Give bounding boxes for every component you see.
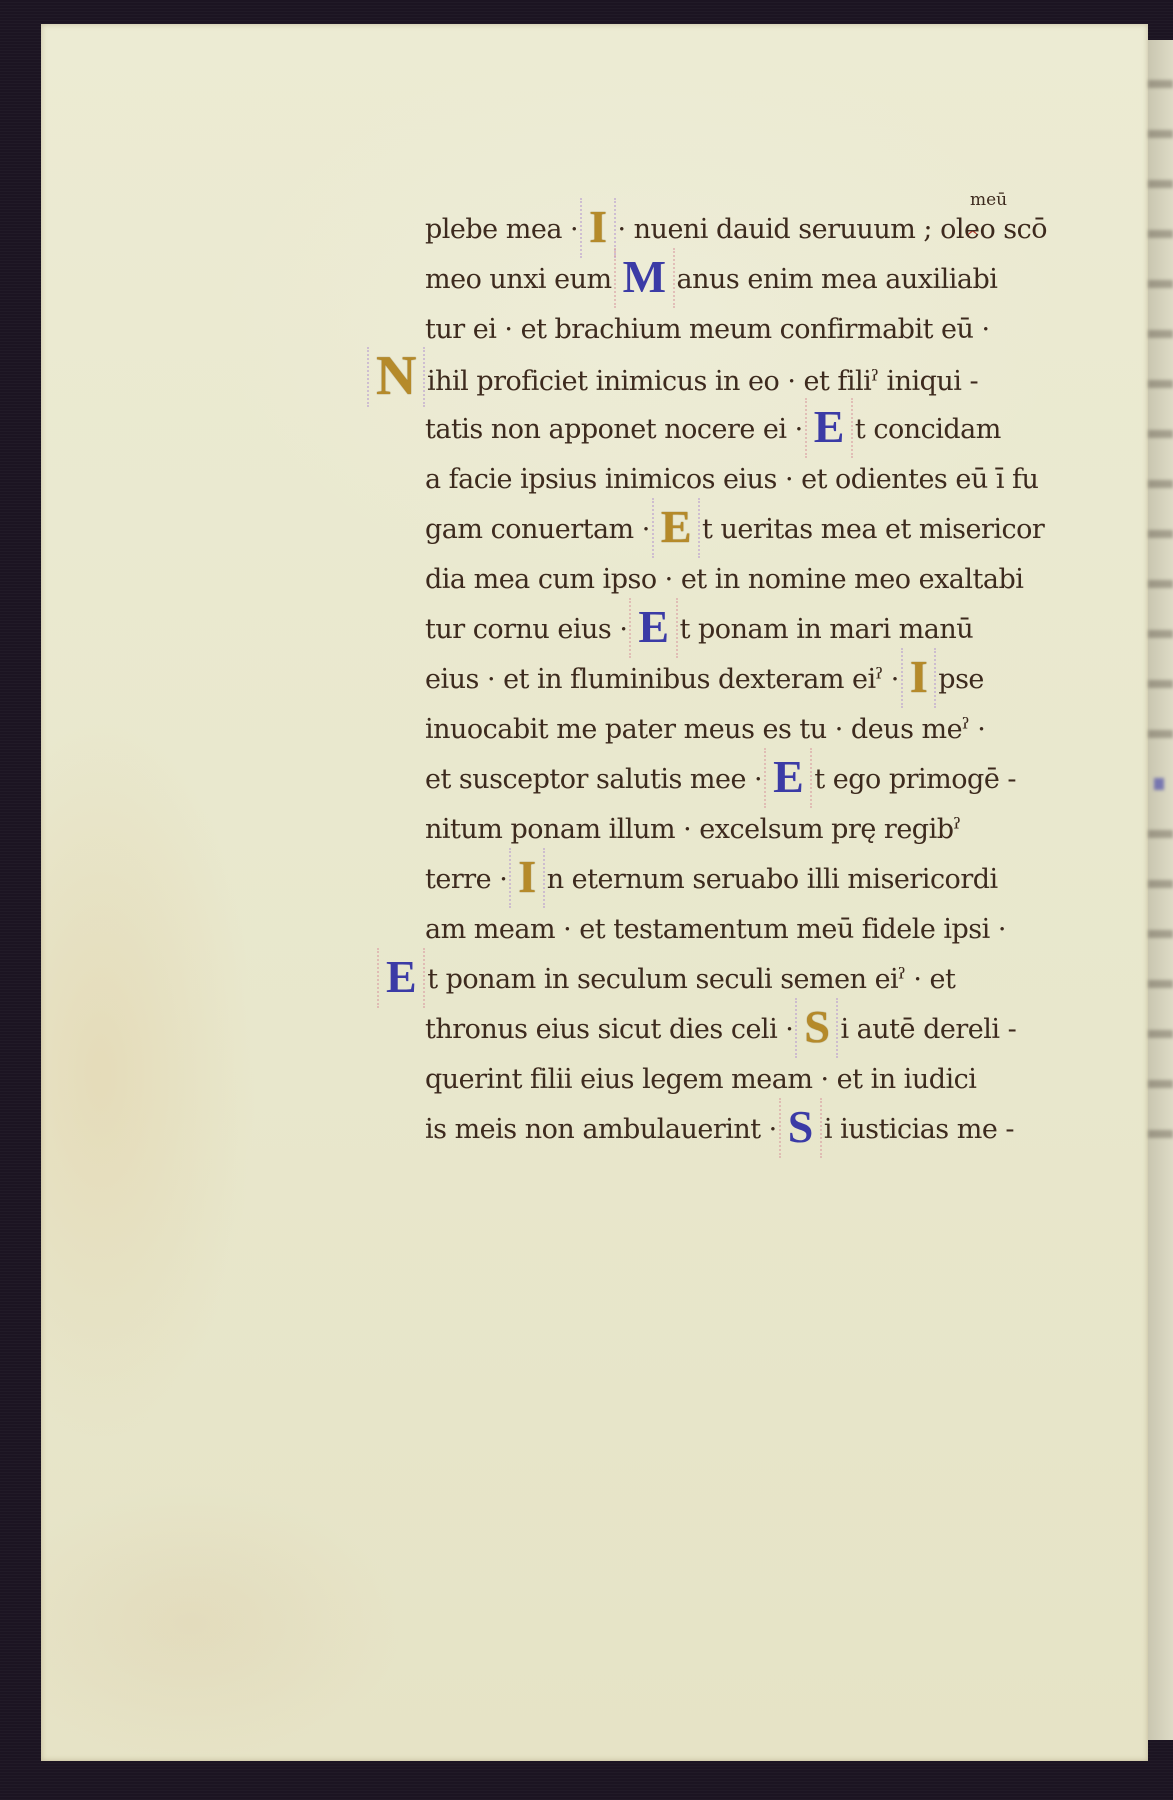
blue-initial-E: E — [379, 956, 423, 998]
gold-initial-N: N — [369, 355, 423, 397]
blue-initial-M: M — [616, 256, 673, 298]
text-line-1: plebe mea ·I· nueni dauid seruuum ; oleo… — [425, 205, 1047, 255]
text-line-4: Nihil proficiet inimicus in eo · et fili… — [365, 355, 978, 405]
text-line-3: tur ei · et brachium meum confirmabit eū… — [425, 305, 990, 355]
gold-initial-I: I — [511, 856, 542, 898]
blue-initial-E: E — [807, 406, 851, 448]
text-line-8: dia mea cum ipso · et in nomine meo exal… — [425, 555, 1023, 605]
gold-initial-E: E — [654, 506, 698, 548]
gold-initial-I: I — [903, 656, 934, 698]
text-line-7: gam conuertam ·Et ueritas mea et miseric… — [425, 505, 1044, 555]
text-line-12: et susceptor salutis mee ·Et ego primogē… — [425, 755, 1016, 805]
text-line-2: meo unxi eumManus enim mea auxiliabi — [425, 255, 997, 305]
gold-initial-S: S — [797, 1006, 836, 1048]
gold-initial-I: I — [582, 206, 613, 248]
blue-initial-S: S — [781, 1106, 820, 1148]
text-line-11: inuocabit me pater meus es tu · deus meˀ… — [425, 705, 985, 755]
text-line-17: thronus eius sicut dies celi ·Si autē de… — [425, 1005, 1016, 1055]
text-line-13: nitum ponam illum · excelsum prę regibˀ — [425, 805, 961, 855]
blue-initial-E: E — [766, 756, 810, 798]
text-line-19: is meis non ambulauerint ·Si iusticias m… — [425, 1105, 1014, 1155]
facing-page-edge — [1148, 40, 1173, 1740]
text-line-5: tatis non apponet nocere ei ·Et concidam — [425, 405, 1001, 455]
text-line-18: querint filii eius legem meam · et in iu… — [425, 1055, 976, 1105]
text-line-14: terre ·In eternum seruabo illi misericor… — [425, 855, 998, 905]
text-line-6: a facie ipsius inimicos eius · et odient… — [425, 455, 1038, 505]
text-line-15: am meam · et testamentum meū fidele ipsi… — [425, 905, 1006, 955]
text-line-16: Et ponam in seculum seculi semen eiˀ · e… — [375, 955, 955, 1005]
text-line-9: tur cornu eius ·Et ponam in mari manū — [425, 605, 973, 655]
blue-initial-E: E — [631, 606, 675, 648]
text-line-10: eius · et in fluminibus dexteram eiˀ ·Ip… — [425, 655, 984, 705]
